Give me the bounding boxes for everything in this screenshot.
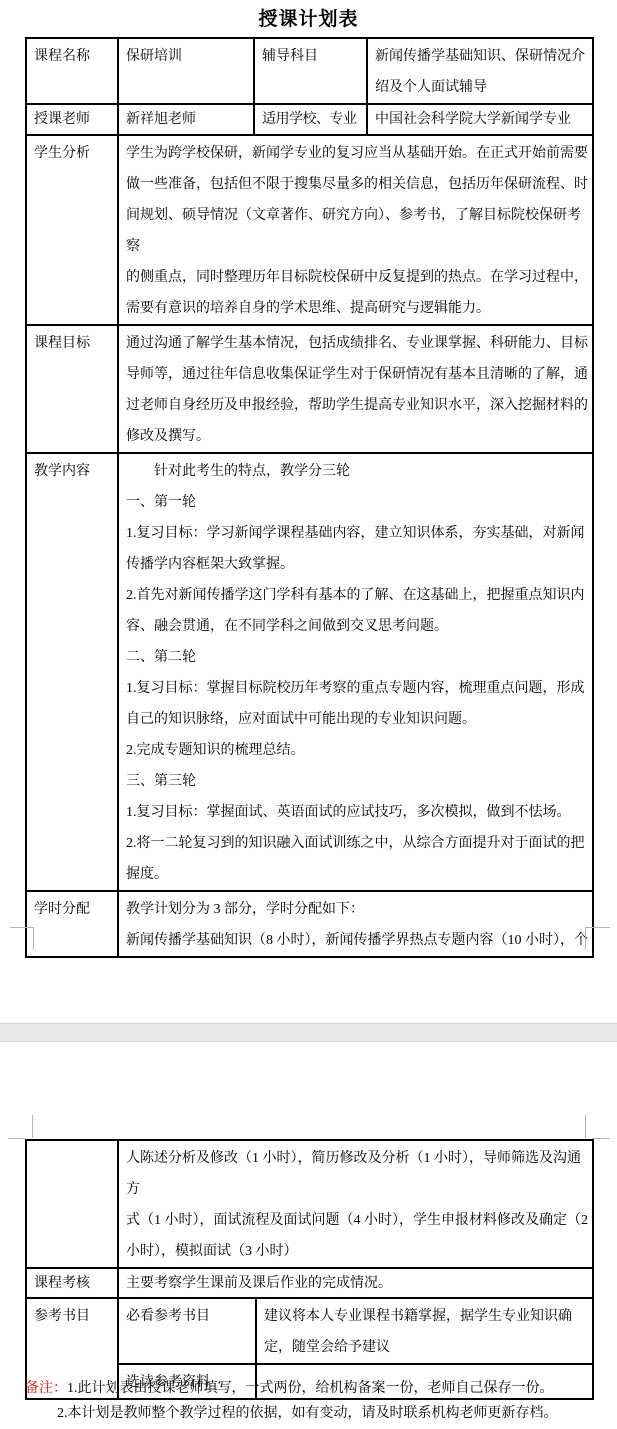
must-read-references-label: 必看参考书目: [118, 1298, 256, 1364]
remarks-line2-text: 2.本计划是教师整个教学过程的依据，如有变动，请及时联系机构老师更新存档。: [57, 1406, 558, 1421]
hours-allocation-content: 教学计划分为 3 部分，学时分配如下： 新闻传播学基础知识（8 小时），新闻传播…: [118, 891, 593, 957]
course-assessment-label: 课程考核: [26, 1268, 118, 1298]
tutoring-subject-value: 新闻传播学基础知识、保研情况介 绍及个人面试辅导: [367, 38, 593, 104]
hours-continuation-empty-label: [26, 1140, 118, 1268]
hours-allocation-label: 学时分配: [26, 891, 118, 957]
page1-margin-mark-bottom-right-vertical: [585, 927, 586, 950]
page2-margin-mark-top-right-vertical: [585, 1115, 586, 1138]
page1-margin-mark-bottom-right-horizontal: [585, 927, 610, 928]
teaching-content-content: 针对此考生的特点，教学分三轮 一、第一轮 1.复习目标：学习新闻学课程基础内容，…: [118, 453, 593, 891]
table-row-course-goal: 课程目标 通过沟通了解学生基本情况，包括成绩排名、专业课掌握、科研能力、目标 导…: [26, 325, 593, 453]
teacher-value: 新祥旭老师: [118, 104, 254, 135]
page2-margin-mark-top-left-vertical: [32, 1115, 33, 1138]
student-analysis-label: 学生分析: [26, 135, 118, 325]
table-row-teacher: 授课老师 新祥旭老师 适用学校、专业 中国社会科学院大学新闻学专业: [26, 104, 593, 135]
tutoring-subject-label: 辅导科目: [254, 38, 367, 104]
course-goal-content: 通过沟通了解学生基本情况，包括成绩排名、专业课掌握、科研能力、目标 导师等，通过…: [118, 325, 593, 453]
table-row-teaching-content: 教学内容 针对此考生的特点，教学分三轮 一、第一轮 1.复习目标：学习新闻学课程…: [26, 453, 593, 891]
table-row-references-must-read: 参考书目 必看参考书目 建议将本人专业课程书籍掌握，据学生专业知识确 定，随堂会…: [26, 1298, 593, 1364]
hours-continuation-content: 人陈述分析及修改（1 小时），简历修改及分析（1 小时），导师筛选及沟通方 式（…: [118, 1140, 593, 1268]
remarks-line1: 备注：1.此计划表由授课老师填写，一式两份，给机构备案一份，老师自己保存一份。: [25, 1376, 600, 1401]
course-assessment-content: 主要考察学生课前及课后作业的完成情况。: [118, 1268, 593, 1298]
document-page-view: 授课计划表 课程名称 保研培训 辅导科目 新闻传播学基础知识、保研情况介 绍及个…: [0, 0, 617, 1429]
course-name-value: 保研培训: [118, 38, 254, 104]
must-read-references-content: 建议将本人专业课程书籍掌握，据学生专业知识确 定，随堂会给予建议: [256, 1298, 593, 1364]
remarks-label: 备注：: [25, 1381, 67, 1396]
table-row-course-name: 课程名称 保研培训 辅导科目 新闻传播学基础知识、保研情况介 绍及个人面试辅导: [26, 38, 593, 104]
teacher-label: 授课老师: [26, 104, 118, 135]
page1-margin-mark-bottom-left-vertical: [33, 927, 34, 950]
table-row-hours-continuation: 人陈述分析及修改（1 小时），简历修改及分析（1 小时），导师筛选及沟通方 式（…: [26, 1140, 593, 1268]
table-row-hours-allocation: 学时分配 教学计划分为 3 部分，学时分配如下： 新闻传播学基础知识（8 小时）…: [26, 891, 593, 957]
student-analysis-content: 学生为跨学校保研，新闻学专业的复习应当从基础开始。在正式开始前需要 做一些准备，…: [118, 135, 593, 325]
page1-margin-mark-bottom-left-horizontal: [10, 927, 33, 928]
document-title: 授课计划表: [0, 4, 617, 31]
teaching-plan-table-page2: 人陈述分析及修改（1 小时），简历修改及分析（1 小时），导师筛选及沟通方 式（…: [25, 1139, 594, 1400]
remarks-line1-text: 1.此计划表由授课老师填写，一式两份，给机构备案一份，老师自己保存一份。: [67, 1381, 554, 1396]
table-row-student-analysis: 学生分析 学生为跨学校保研，新闻学专业的复习应当从基础开始。在正式开始前需要 做…: [26, 135, 593, 325]
remarks-line2: 2.本计划是教师整个教学过程的依据，如有变动，请及时联系机构老师更新存档。: [57, 1401, 600, 1426]
applicable-school-label: 适用学校、专业: [254, 104, 367, 135]
remarks-block: 备注：1.此计划表由授课老师填写，一式两份，给机构备案一份，老师自己保存一份。 …: [25, 1376, 600, 1426]
teaching-content-label: 教学内容: [26, 453, 118, 891]
course-goal-label: 课程目标: [26, 325, 118, 453]
applicable-school-value: 中国社会科学院大学新闻学专业: [367, 104, 593, 135]
page2-margin-mark-top-left-horizontal: [8, 1138, 25, 1139]
teaching-plan-table-page1: 课程名称 保研培训 辅导科目 新闻传播学基础知识、保研情况介 绍及个人面试辅导 …: [25, 37, 594, 958]
page2-margin-mark-top-right-horizontal: [592, 1138, 610, 1139]
page-separator-band: [0, 1023, 617, 1042]
course-name-label: 课程名称: [26, 38, 118, 104]
table-row-course-assessment: 课程考核 主要考察学生课前及课后作业的完成情况。: [26, 1268, 593, 1298]
